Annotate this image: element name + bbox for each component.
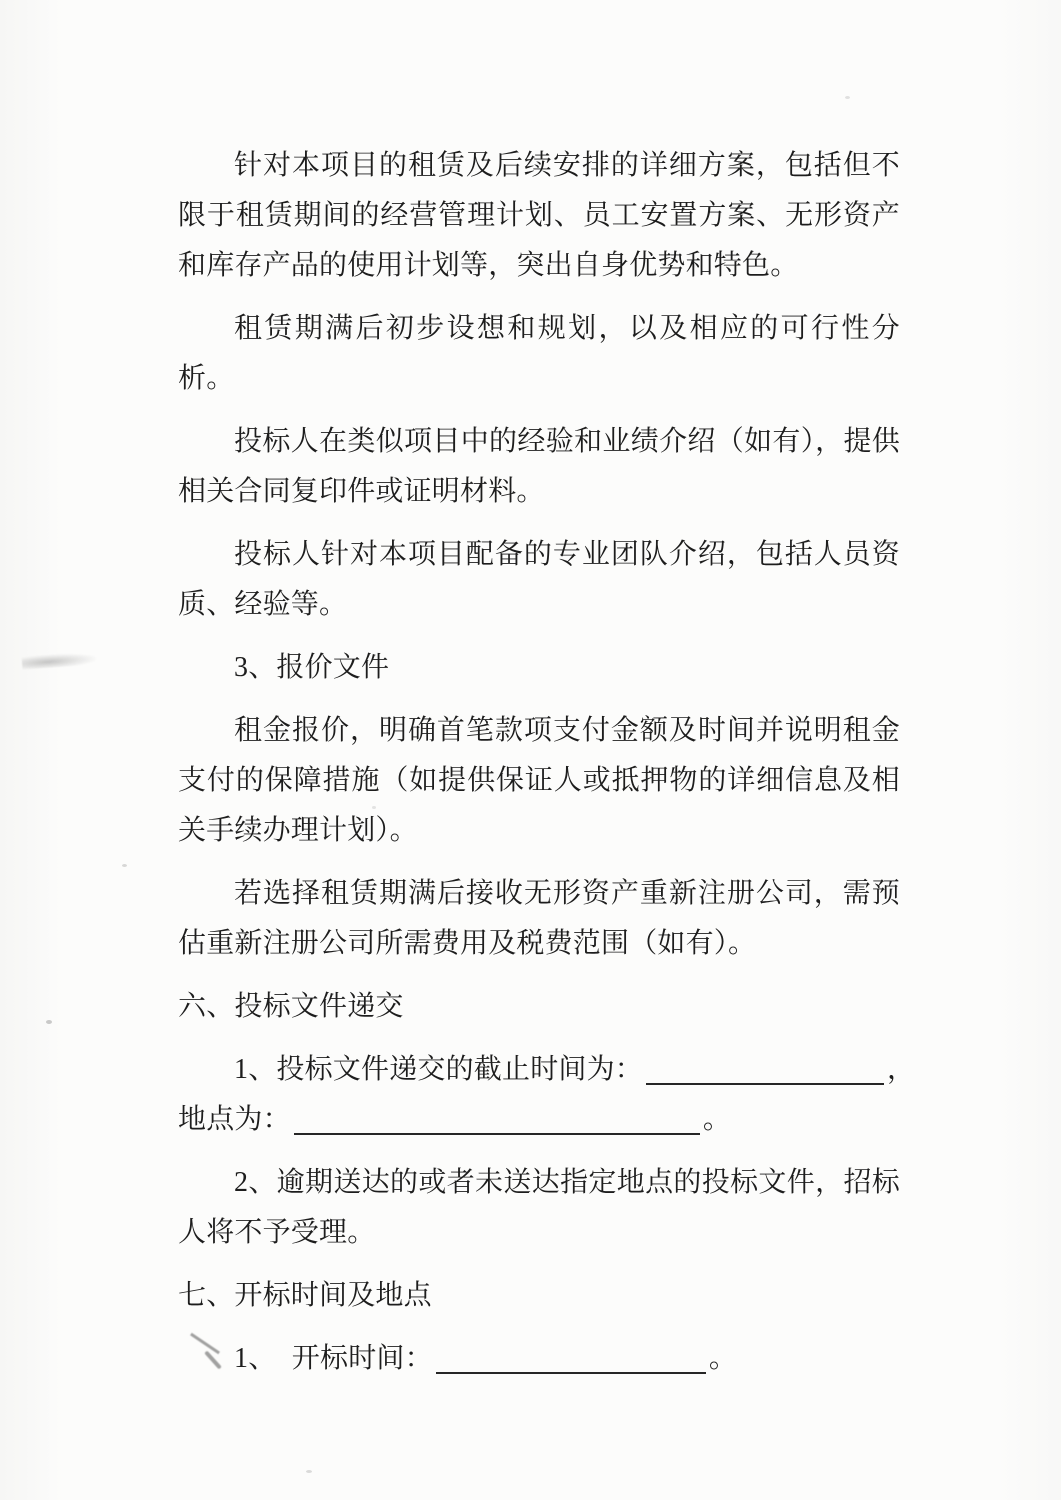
- opening-time-blank-line: [436, 1342, 706, 1374]
- section-heading-seven-bid-opening: 七、开标时间及地点: [178, 1271, 900, 1321]
- section-heading-six-bid-submission: 六、投标文件递交: [178, 982, 900, 1032]
- line-bid-deadline: 1、投标文件递交的截止时间为：，: [178, 1045, 900, 1095]
- document-body: 针对本项目的租赁及后续安排的详细方案，包括但不限于租赁期间的经营管理计划、员工安…: [178, 141, 900, 1397]
- item-quotation-documents-title: 3、报价文件: [178, 643, 900, 693]
- deadline-label: 1、投标文件递交的截止时间为：: [234, 1054, 643, 1085]
- line-opening-time: 1、开标时间：。: [178, 1334, 900, 1384]
- pencil-smudge-left-margin: [22, 651, 97, 669]
- paragraph-reregistration-cost: 若选择租赁期满后接收无形资产重新注册公司，需预估重新注册公司所需费用及税费范围（…: [178, 869, 900, 969]
- paragraph-professional-team: 投标人针对本项目配备的专业团队介绍，包括人员资质、经验等。: [178, 530, 900, 630]
- scan-speck: [122, 864, 127, 867]
- opening-item-number: 1、: [234, 1343, 276, 1374]
- paragraph-bidder-experience: 投标人在类似项目中的经验和业绩介绍（如有），提供相关合同复印件或证明材料。: [178, 417, 900, 517]
- deadline-trailing-comma: ，: [887, 1054, 915, 1085]
- line-bid-location: 地点为：。: [178, 1095, 900, 1145]
- scan-speck: [46, 1020, 52, 1024]
- paragraph-rent-quotation: 租金报价，明确首笔款项支付金额及时间并说明租金支付的保障措施（如提供保证人或抵押…: [178, 706, 900, 856]
- deadline-blank-line: [646, 1053, 884, 1085]
- paragraph-post-lease-vision: 租赁期满后初步设想和规划，以及相应的可行性分析。: [178, 304, 900, 404]
- scan-speck: [845, 96, 850, 99]
- opening-trailing-period: 。: [709, 1343, 737, 1374]
- bid-opening-time-block: 1、开标时间：。: [178, 1334, 900, 1384]
- location-blank-line: [294, 1103, 700, 1135]
- paragraph-overdue-rejection: 2、逾期送达的或者未送达指定地点的投标文件，招标人将不予受理。: [178, 1158, 900, 1258]
- opening-time-label: 开标时间：: [292, 1343, 433, 1374]
- paragraph-leasing-plan: 针对本项目的租赁及后续安排的详细方案，包括但不限于租赁期间的经营管理计划、员工安…: [178, 141, 900, 291]
- bid-deadline-location-block: 1、投标文件递交的截止时间为：， 地点为：。: [178, 1045, 900, 1145]
- scan-speck: [306, 1470, 312, 1473]
- location-label: 地点为：: [178, 1104, 291, 1135]
- scanned-document-page: { "page": { "type": "scanned-tender-docu…: [0, 0, 1061, 1500]
- location-trailing-period: 。: [703, 1104, 731, 1135]
